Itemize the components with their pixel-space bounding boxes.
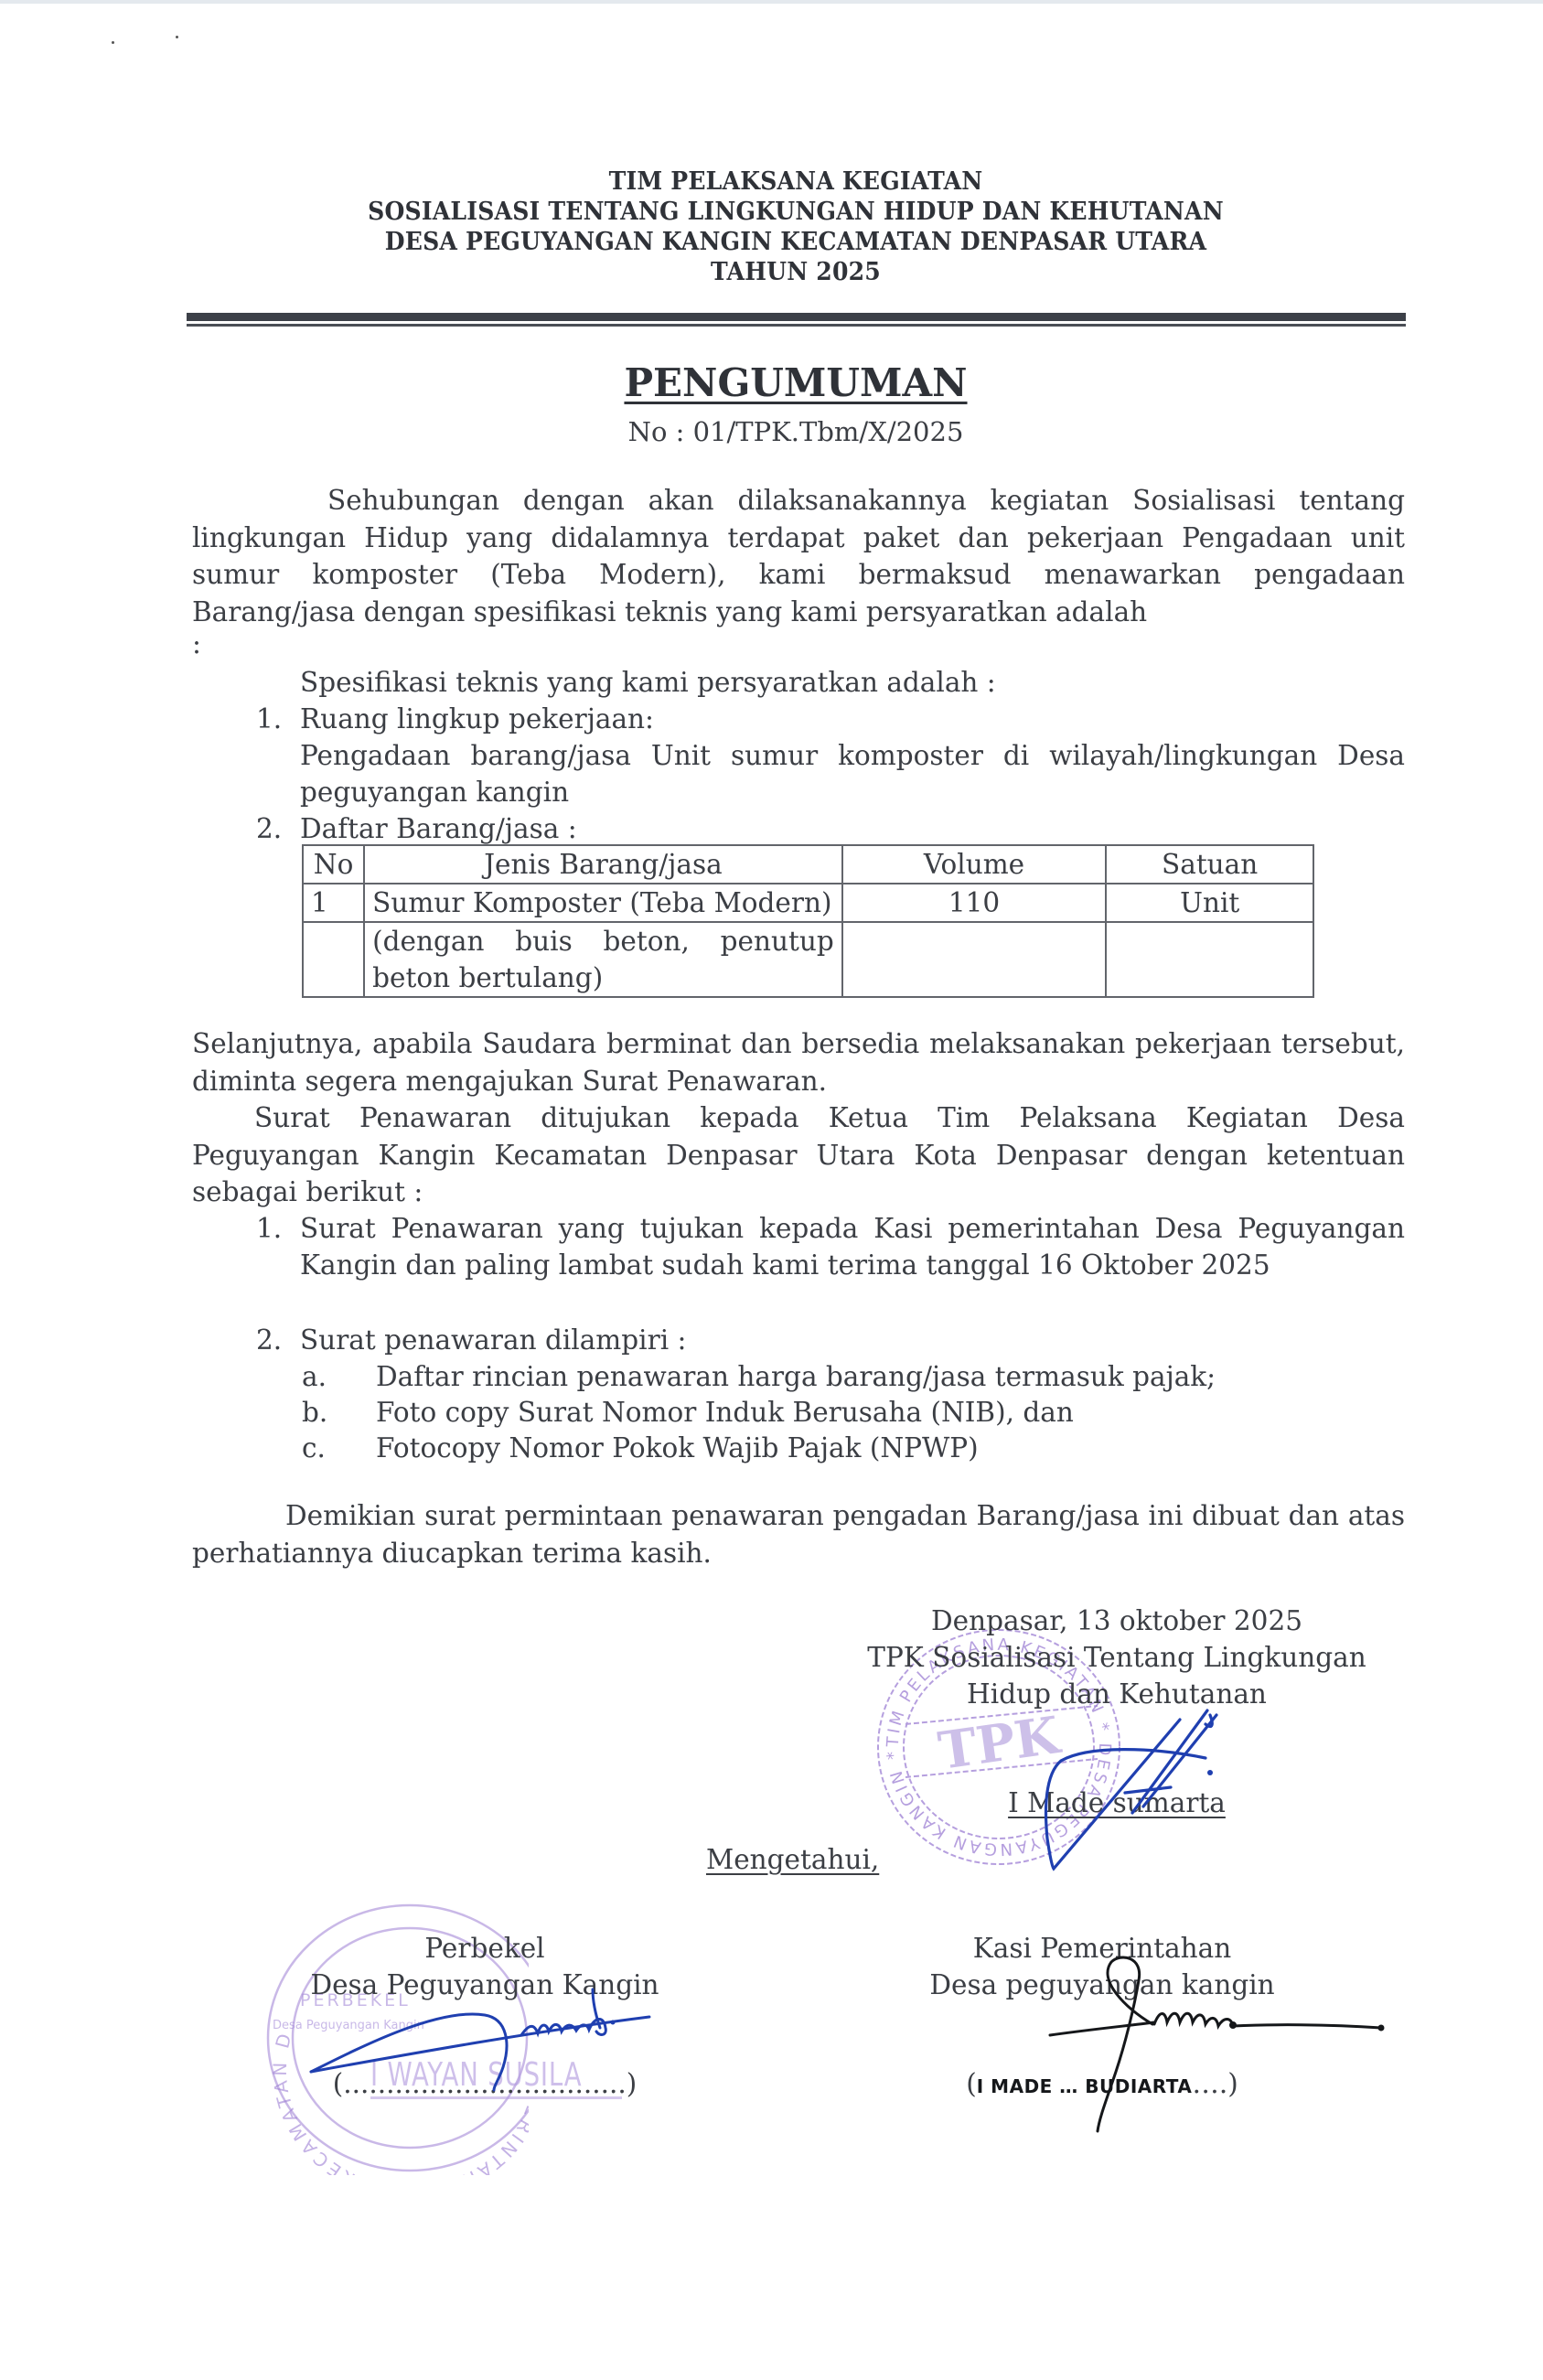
letterhead-divider-thin xyxy=(187,324,1406,327)
followup-paragraph: Selanjutnya, apabila Saudara berminat da… xyxy=(192,1025,1405,1099)
intro-colon: : xyxy=(192,630,201,658)
attachment-item: Foto copy Surat Nomor Induk Berusaha (NI… xyxy=(376,1394,1074,1431)
kasi-name: (I MADE … BUDIARTA….) xyxy=(896,2065,1308,2105)
issuer-org: Hidup dan Kehutanan xyxy=(829,1676,1405,1712)
cell-satuan: Unit xyxy=(1106,884,1313,922)
letterhead-line: TIM PELAKSANA KEGIATAN xyxy=(226,166,1366,197)
cell-no xyxy=(303,922,364,997)
attachment-letter: c. xyxy=(302,1430,326,1466)
scan-speck xyxy=(112,41,114,44)
perbekel-name-placeholder: (.................................) xyxy=(274,2065,695,2102)
attachment-item: Daftar rincian penawaran harga barang/ja… xyxy=(376,1358,1216,1395)
letterhead-line: TAHUN 2025 xyxy=(226,257,1366,287)
column-header-volume: Volume xyxy=(842,845,1107,884)
issuer-name-text: I Made sumarta xyxy=(1008,1787,1226,1818)
kasi-name-handwritten: I MADE … BUDIARTA xyxy=(977,2075,1193,2097)
issuer-name: I Made sumarta xyxy=(829,1785,1405,1821)
cell-satuan xyxy=(1106,922,1313,997)
document-title-text: PENGUMUMAN xyxy=(624,360,967,405)
cell-jenis: (dengan buis beton, penutup beton bertul… xyxy=(364,922,842,997)
spec-item-title: Daftar Barang/jasa : xyxy=(300,810,577,847)
column-header-jenis: Jenis Barang/jasa xyxy=(364,845,842,884)
column-header-satuan: Satuan xyxy=(1106,845,1313,884)
condition-number: 1. xyxy=(256,1210,282,1247)
cell-no: 1 xyxy=(303,884,364,922)
acknowledged-label-text: Mengetahui, xyxy=(706,1844,879,1875)
column-header-no: No xyxy=(303,845,364,884)
spec-item-number: 1. xyxy=(256,701,282,737)
scan-edge xyxy=(0,0,1543,4)
stamp-subtitle: Desa Peguyangan Kangin xyxy=(273,2019,424,2032)
attachment-letter: b. xyxy=(302,1394,327,1431)
attachment-item: Fotocopy Nomor Pokok Wajib Pajak (NPWP) xyxy=(376,1430,979,1466)
spec-item-number: 2. xyxy=(256,810,282,847)
scan-speck xyxy=(176,36,178,38)
issuer-org: TPK Sosialisasi Tentang Lingkungan xyxy=(829,1639,1405,1676)
kasi-name-close: ….) xyxy=(1192,2068,1238,2099)
perbekel-org: Desa Peguyangan Kangin xyxy=(274,1967,695,2003)
attachment-letter: a. xyxy=(302,1358,327,1395)
kasi-title: Kasi Pemerintahan xyxy=(896,1930,1308,1967)
condition-number: 2. xyxy=(256,1322,282,1358)
cell-volume: 110 xyxy=(842,884,1107,922)
kasi-org: Desa peguyangan kangin xyxy=(896,1967,1308,2003)
letterhead-divider xyxy=(187,313,1406,321)
letterhead: TIM PELAKSANA KEGIATAN SOSIALISASI TENTA… xyxy=(226,166,1366,287)
condition-text: Surat penawaran dilampiri : xyxy=(300,1322,686,1358)
items-table: No Jenis Barang/jasa Volume Satuan 1 Sum… xyxy=(302,844,1314,998)
letterhead-line: SOSIALISASI TENTANG LINGKUNGAN HIDUP DAN… xyxy=(226,197,1366,227)
stamp-center-text: TPK xyxy=(935,1705,1066,1782)
acknowledged-label: Mengetahui, xyxy=(706,1841,879,1878)
condition-text: Surat Penawaran yang tujukan kepada Kasi… xyxy=(300,1210,1405,1283)
document-title: PENGUMUMAN xyxy=(183,359,1409,407)
document-number: No : 01/TPK.Tbm/X/2025 xyxy=(183,413,1409,450)
closing-paragraph: Demikian surat permintaan penawaran peng… xyxy=(192,1497,1405,1571)
perbekel-title: Perbekel xyxy=(274,1930,695,1967)
place-date: Denpasar, 13 oktober 2025 xyxy=(829,1603,1405,1639)
table-header-row: No Jenis Barang/jasa Volume Satuan xyxy=(303,845,1313,884)
issuer-signature xyxy=(970,1692,1244,1875)
letterhead-line: DESA PEGUYANGAN KANGIN KECAMATAN DENPASA… xyxy=(226,227,1366,257)
spec-item-body: Pengadaan barang/jasa Unit sumur kompost… xyxy=(300,737,1405,810)
kasi-name-open: ( xyxy=(966,2068,977,2099)
addressed-paragraph: Surat Penawaran ditujukan kepada Ketua T… xyxy=(192,1099,1405,1211)
spec-intro: Spesifikasi teknis yang kami persyaratka… xyxy=(300,664,996,701)
table-row: 1 Sumur Komposter (Teba Modern) 110 Unit xyxy=(303,884,1313,922)
spec-item-title: Ruang lingkup pekerjaan: xyxy=(300,701,654,737)
table-row: (dengan buis beton, penutup beton bertul… xyxy=(303,922,1313,997)
intro-paragraph: Sehubungan dengan akan dilaksanakannya k… xyxy=(192,482,1405,630)
cell-jenis: Sumur Komposter (Teba Modern) xyxy=(364,884,842,922)
cell-volume xyxy=(842,922,1107,997)
